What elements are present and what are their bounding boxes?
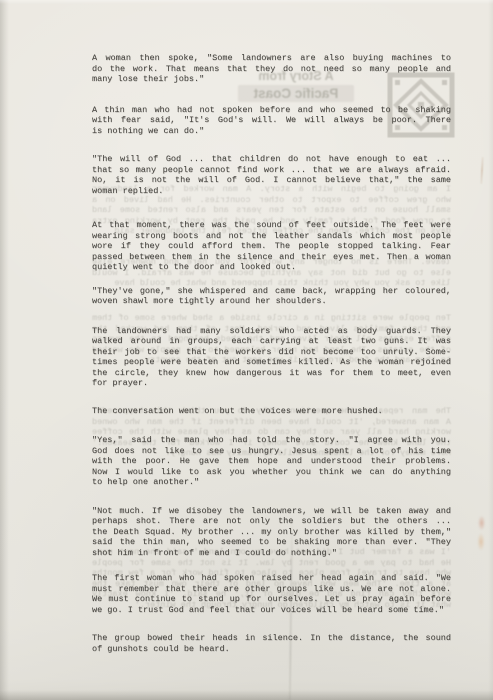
text-line: "The will of God ... that children do no…	[92, 154, 451, 165]
text-line: must remember that there are other group…	[92, 584, 451, 595]
paragraph: The group bowed their heads in silence. …	[92, 633, 451, 654]
paragraph: The landowners had many soldiers who act…	[92, 326, 451, 389]
paragraph: A thin man who had not spoken before and…	[92, 105, 451, 137]
text-line: times people were beaten and sometimes k…	[92, 357, 451, 368]
scan-edge-left	[0, 0, 9, 700]
text-line: A woman then spoke, "Some landowners are…	[92, 53, 451, 64]
paragraph: The conversation went on but the voices …	[92, 406, 451, 417]
text-line: woven shawl more tightly around her shou…	[92, 296, 451, 307]
paragraph: At that moment, there was the sound of f…	[92, 220, 451, 273]
text-line: "Not much. If we disobey the landowners,…	[92, 506, 451, 517]
text-line: with the poor. He gave them hope and und…	[92, 456, 451, 467]
paragraph: "The will of God ... that children do no…	[92, 154, 451, 196]
text-line: We must continue to stand up for ourselv…	[92, 594, 451, 605]
text-line: wearing strong boots and not the leather…	[92, 231, 451, 242]
text-line: The landowners had many soldiers who act…	[92, 326, 451, 337]
paper-stain	[475, 513, 487, 553]
text-line: the Death Squad. My brother ... my only …	[92, 527, 451, 538]
text-line: The first woman who had spoken raised he…	[92, 573, 451, 584]
text-line: with fear said, "It's God's will. We wil…	[92, 115, 451, 126]
text-line: perhaps shot. There are not only the sol…	[92, 516, 451, 527]
paragraph: "Not much. If we disobey the landowners,…	[92, 506, 451, 559]
text-line: quietly went to the door and looked out.	[92, 262, 451, 273]
typewritten-text: A woman then spoke, "Some landowners are…	[92, 53, 451, 654]
text-line: to help one another."	[92, 477, 451, 488]
text-line: "They've gone," she whispered and came b…	[92, 286, 451, 297]
text-line: their job to see that the workers did no…	[92, 347, 451, 358]
text-line: is nothing we can do."	[92, 126, 451, 137]
paragraph: "They've gone," she whispered and came b…	[92, 286, 451, 307]
paper-scratch	[480, 157, 483, 184]
text-line: God does not like to see us hungry. Jesu…	[92, 446, 451, 457]
text-line: The group bowed their heads in silence. …	[92, 633, 451, 644]
text-line: No, it is not the will of God. I cannot …	[92, 175, 451, 186]
text-line: that so many people cannot find work ...…	[92, 165, 451, 176]
text-line: do the work. That means that they do not…	[92, 64, 451, 75]
text-line: the circle, they knew how dangerous it w…	[92, 368, 451, 379]
text-line: of gunshots could be heard.	[92, 644, 451, 655]
text-line: wore if they could afford them. The peop…	[92, 241, 451, 252]
scan-edge-right	[488, 0, 493, 700]
text-line: "Yes," said the man who had told the sto…	[92, 435, 451, 446]
text-line: said the thin man, who seemed to be shak…	[92, 537, 451, 548]
text-line: passed between them in the silence and t…	[92, 252, 451, 263]
text-line: we go. I trust God and feel that our voi…	[92, 605, 451, 616]
text-line: shot him in front of me and I could do n…	[92, 548, 451, 559]
paragraph: "Yes," said the man who had told the sto…	[92, 435, 451, 488]
scan-edge-top	[0, 0, 493, 4]
scan-edge-bottom	[0, 690, 493, 700]
text-line: Now I would like to ask you whether you …	[92, 467, 451, 478]
text-line: A thin man who had not spoken before and…	[92, 105, 451, 116]
paragraph: A woman then spoke, "Some landowners are…	[92, 53, 451, 85]
paragraph: The first woman who had spoken raised he…	[92, 573, 451, 615]
text-line: At that moment, there was the sound of f…	[92, 220, 451, 231]
text-line: for prayer.	[92, 378, 451, 389]
document-page: A Story from Pacific Coast I am going to…	[0, 0, 493, 700]
text-line: walked around in groups, each carrying a…	[92, 336, 451, 347]
text-line: many lose their jobs."	[92, 74, 451, 85]
text-line: The conversation went on but the voices …	[92, 406, 451, 417]
text-line: woman replied.	[92, 186, 451, 197]
